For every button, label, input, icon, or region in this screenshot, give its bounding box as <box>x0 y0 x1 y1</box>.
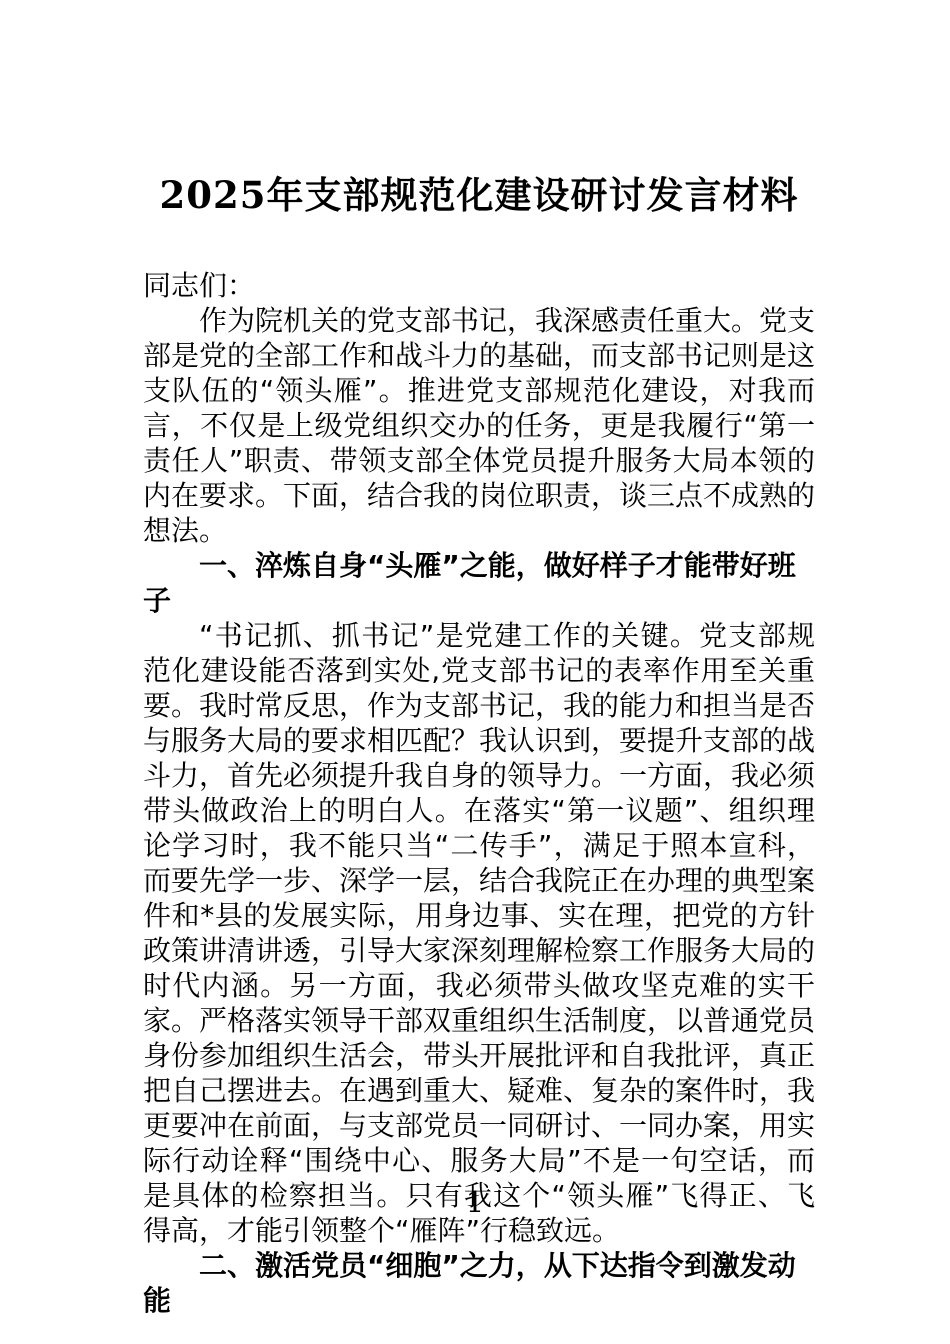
section-1-body: “书记抓、抓书记”是党建工作的关键。党支部规范化建设能否落到实处,党支部书记的表… <box>143 618 815 1248</box>
section-heading-1: 一、淬炼自身“头雁”之能，做好样子才能带好班子 <box>143 548 815 618</box>
document-title: 2025年支部规范化建设研讨发言材料 <box>143 175 815 215</box>
salutation: 同志们： <box>143 268 815 303</box>
intro-paragraph: 作为院机关的党支部书记，我深感责任重大。党支部是党的全部工作和战斗力的基础，而支… <box>143 303 815 548</box>
document-page: 2025年支部规范化建设研讨发言材料 同志们： 作为院机关的党支部书记，我深感责… <box>0 0 950 1344</box>
page-number: 1 <box>0 1186 950 1218</box>
section-heading-2: 二、激活党员“细胞”之力，从下达指令到激发动能 <box>143 1248 815 1318</box>
